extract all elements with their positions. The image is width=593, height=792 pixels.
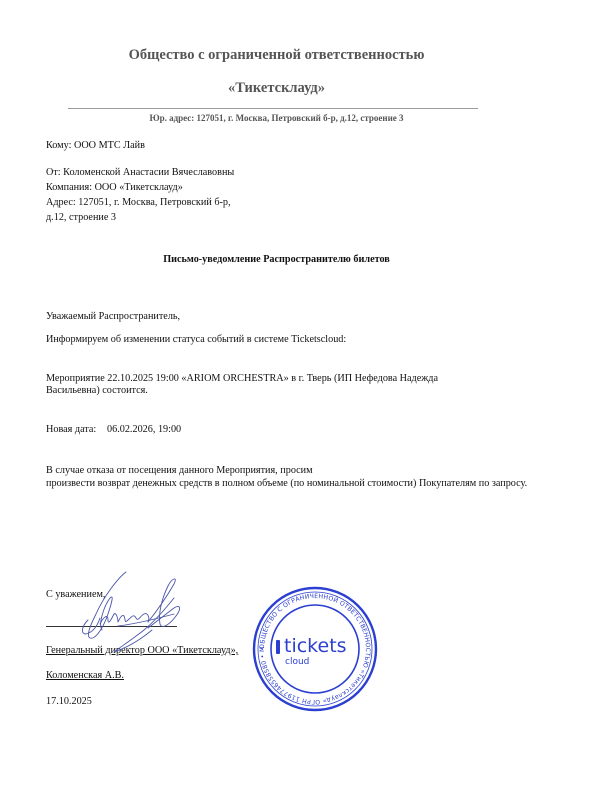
- company-stamp: ОБЩЕСТВО С ОГРАНИЧЕННОЙ ОТВЕТСТВЕННОСТЬЮ…: [252, 586, 378, 712]
- event-text-line1: Мероприятие 22.10.2025 19:00 «ARIOM ORCH…: [46, 373, 438, 384]
- handwritten-signature: [78, 568, 198, 658]
- sender: От: Коломенской Анастасии Вячеславовны: [46, 167, 234, 178]
- new-date-value: 06.02.2026, 19:00: [107, 424, 181, 435]
- greeting: Уважаемый Распространитель,: [46, 311, 180, 322]
- refund-text-line2: произвести возврат денежных средств в по…: [46, 478, 527, 489]
- sender-company: Компания: ООО «Тикетсклауд»: [46, 182, 183, 193]
- stamp-logo-tickets: tickets: [284, 635, 347, 657]
- letter-date: 17.10.2025: [46, 696, 92, 707]
- sender-address-line2: д.12, строение 3: [46, 212, 116, 223]
- intro-text: Информируем об изменении статуса событий…: [46, 334, 346, 345]
- new-date-label: Новая дата:: [46, 424, 96, 435]
- company-title-line2: «Тикетсклауд»: [0, 80, 553, 97]
- refund-text-line1: В случае отказа от посещения данного Мер…: [46, 465, 313, 476]
- legal-address: Юр. адрес: 127051, г. Москва, Петровский…: [0, 113, 553, 123]
- company-title-line1: Общество с ограниченной ответственностью: [0, 47, 553, 64]
- letter-subject: Письмо-уведомление Распространителю биле…: [0, 254, 553, 265]
- logo-bar-icon: [276, 640, 280, 654]
- sender-address-line1: Адрес: 127051, г. Москва, Петровский б-р…: [46, 197, 231, 208]
- recipient: Кому: ООО МТС Лайв: [46, 140, 145, 151]
- header-divider: [68, 108, 478, 109]
- stamp-logo-cloud: cloud: [285, 657, 309, 667]
- signatory-name: Коломенская А.В.: [46, 670, 124, 681]
- event-text-line2: Васильевна) состоится.: [46, 385, 148, 396]
